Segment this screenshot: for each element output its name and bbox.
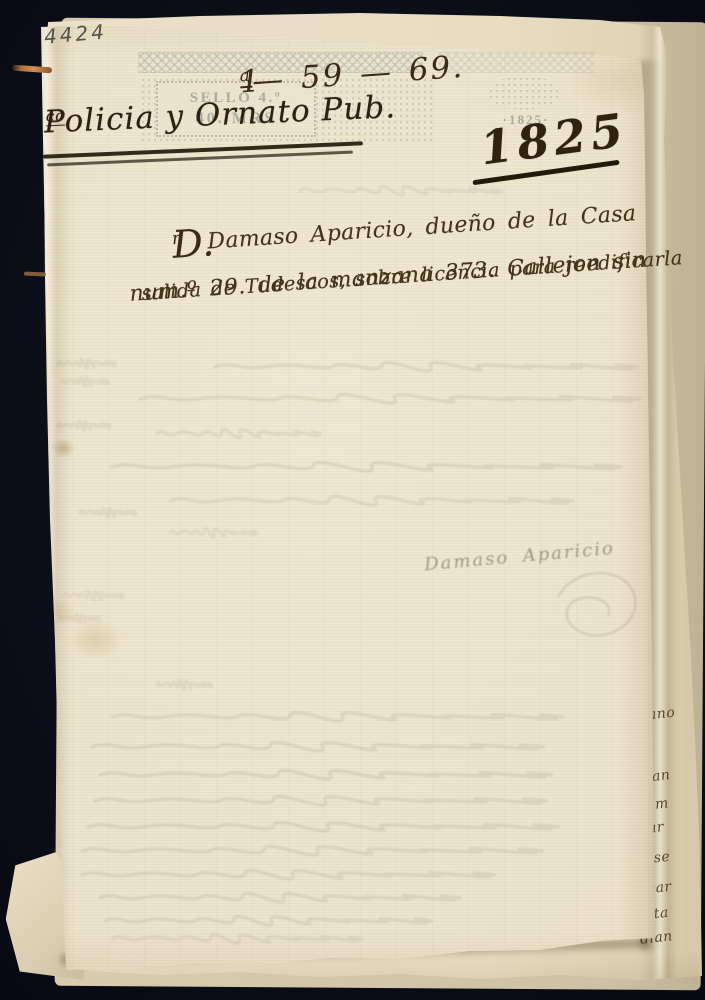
stitching-thread [24,272,46,277]
bleedthrough-margin-note [58,359,116,368]
bleedthrough-line [88,822,558,831]
bleedthrough-line [112,934,362,943]
bleedthrough-line [170,528,256,537]
bleedthrough-line [112,462,621,471]
bleedthrough-margin-note [60,614,100,623]
bleedthrough-margin-note [80,508,136,517]
bleedthrough-line [215,362,637,371]
bleedthrough-margin-note [64,591,124,600]
bleedthrough-line [95,796,546,805]
bleedthrough-line [300,186,502,195]
bleedthrough-line [170,496,573,505]
bleedthrough-line [157,680,212,689]
stamp-emblem [488,76,560,110]
bleedthrough-line [82,870,495,879]
bleedthrough-line [100,893,460,902]
section-title: Policia y Ornato Pub.co [43,104,66,141]
bleedthrough-line [140,394,639,403]
salutation: D.n [171,222,185,267]
bleedthrough-line [92,742,543,751]
bleedthrough-margin-note [58,421,110,430]
bleedthrough-line [82,846,543,855]
bleedthrough-line [105,916,431,925]
bleedthrough-line [157,429,320,438]
bleedthrough-margin-note [62,377,108,386]
bleedthrough-rubric [558,573,636,636]
scanned-document-photo: ano an m ar ese sar ata dian [0,0,705,1000]
bleedthrough-line [112,712,563,721]
bleedthrough-line [100,770,551,779]
